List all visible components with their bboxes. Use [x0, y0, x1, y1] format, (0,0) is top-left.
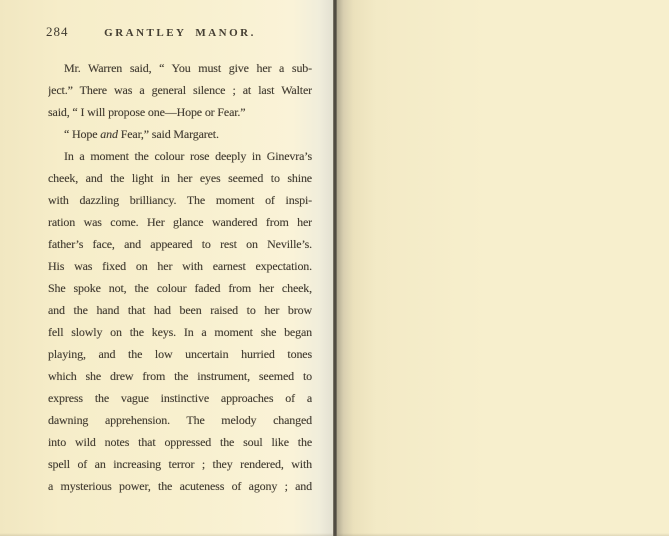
text-line: She spoke not, the colour faded from her… [48, 277, 312, 299]
running-head-left: GRANTLEY MANOR. [48, 25, 312, 41]
text-line: into wild notes that oppressed the soul … [48, 431, 312, 453]
text-line: said, “ I will propose one—Hope or Fear.… [48, 101, 312, 123]
left-page-text: Mr. Warren said, “ You must give her a s… [48, 57, 312, 497]
text-line: express the vague instinctive approaches… [48, 387, 312, 409]
text-line: dawning apprehension. The melody changed [48, 409, 312, 431]
text-line: with dazzling brilliancy. The moment of … [48, 189, 312, 211]
text-line: In a moment the colour rose deeply in Gi… [48, 145, 312, 167]
book-spread: 284 GRANTLEY MANOR. Mr. Warren said, “ Y… [0, 0, 669, 536]
text-line: cheek, and the light in her eyes seemed … [48, 167, 312, 189]
text-line: ject.” There was a general silence ; at … [48, 79, 312, 101]
right-page: GRANTLEY MANOR. 285 then, as the sound o… [337, 0, 669, 536]
text-line: which she drew from the instrument, seem… [48, 365, 312, 387]
text-line: fell slowly on the keys. In a moment she… [48, 321, 312, 343]
text-line: His was fixed on her with earnest expect… [48, 255, 312, 277]
text-line: ration was come. Her glance wandered fro… [48, 211, 312, 233]
text-line: “ Hope and Fear,” said Margaret. [48, 123, 312, 145]
text-line: a mysterious power, the acuteness of ago… [48, 475, 312, 497]
text-line: father’s face, and appeared to rest on N… [48, 233, 312, 255]
text-line: Mr. Warren said, “ You must give her a s… [48, 57, 312, 79]
text-line: and the hand that had been raised to her… [48, 299, 312, 321]
left-page: 284 GRANTLEY MANOR. Mr. Warren said, “ Y… [0, 0, 333, 536]
text-line: playing, and the low uncertain hurried t… [48, 343, 312, 365]
text-line: spell of an increasing terror ; they ren… [48, 453, 312, 475]
